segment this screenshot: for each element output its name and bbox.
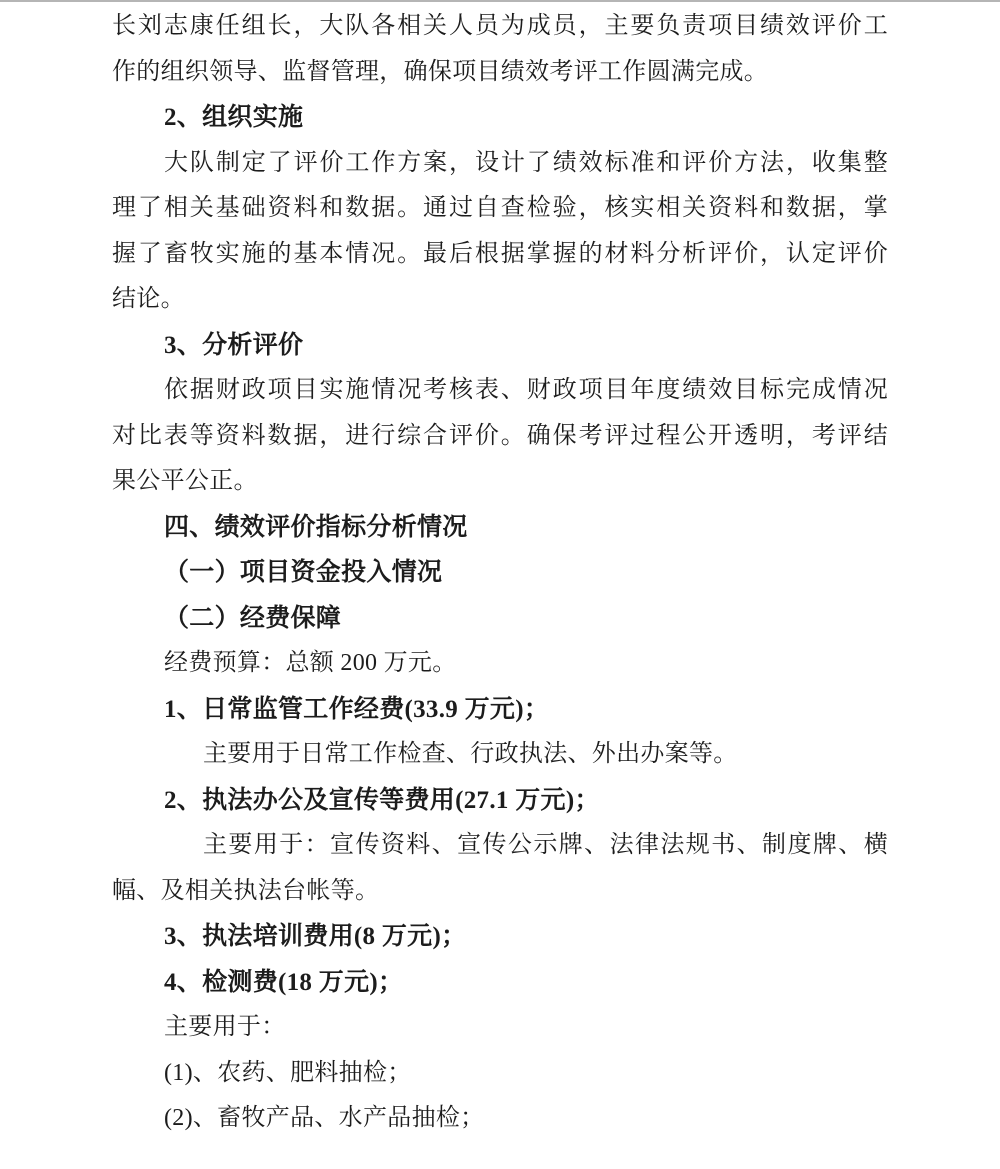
paragraph-line: 理了相关基础资料和数据。通过自查检验，核实相关资料和数据，掌 [112,186,888,232]
scan-edge-artifact [0,0,1000,2]
heading-fund-guarantee: （二）经费保障 [112,596,888,642]
paragraph-line: 对比表等资料数据，进行综合评价。确保考评过程公开透明，考评结 [112,414,888,460]
paragraph-line-mainly-used-for: 主要用于： [112,1005,888,1051]
heading-project-fund-input: （一）项目资金投入情况 [112,550,888,596]
paragraph-line-budget-total: 经费预算：总额 200 万元。 [112,641,888,687]
paragraph-line: 握了畜牧实施的基本情况。最后根据掌握的材料分析评价，认定评价 [112,232,888,278]
heading-item-2-office-publicity-fee: 2、执法办公及宣传等费用(27.1 万元)； [112,778,888,824]
heading-organization-implementation: 2、组织实施 [112,95,888,141]
heading-analysis-evaluation: 3、分析评价 [112,323,888,369]
paragraph-line: 幅、及相关执法台帐等。 [112,869,888,915]
document-page: 长刘志康任组长，大队各相关人员为成员，主要负责项目绩效评价工 作的组织领导、监督… [0,0,1000,1169]
paragraph-line: 结论。 [112,277,888,323]
paragraph-line: 果公平公正。 [112,459,888,505]
paragraph-line: 主要用于：宣传资料、宣传公示牌、法律法规书、制度牌、横 [112,823,888,869]
paragraph-line: 依据财政项目实施情况考核表、财政项目年度绩效目标完成情况 [112,368,888,414]
heading-item-4-testing-fee: 4、检测费(18 万元)； [112,960,888,1006]
list-item-livestock-aquatic-sampling: (2)、畜牧产品、水产品抽检； [112,1096,888,1142]
document-body: 长刘志康任组长，大队各相关人员为成员，主要负责项目绩效评价工 作的组织领导、监督… [0,0,1000,1142]
paragraph-line: 长刘志康任组长，大队各相关人员为成员，主要负责项目绩效评价工 [112,4,888,50]
paragraph-line: 主要用于日常工作检查、行政执法、外出办案等。 [112,732,888,778]
paragraph-line: 作的组织领导、监督管理，确保项目绩效考评工作圆满完成。 [112,50,888,96]
list-item-pesticide-fertilizer-sampling: (1)、农药、肥料抽检； [112,1051,888,1097]
heading-item-1-daily-supervision-fee: 1、日常监管工作经费(33.9 万元)； [112,687,888,733]
paragraph-line: 大队制定了评价工作方案，设计了绩效标准和评价方法，收集整 [112,141,888,187]
heading-section-4-indicator-analysis: 四、绩效评价指标分析情况 [112,505,888,551]
heading-item-3-training-fee: 3、执法培训费用(8 万元)； [112,914,888,960]
